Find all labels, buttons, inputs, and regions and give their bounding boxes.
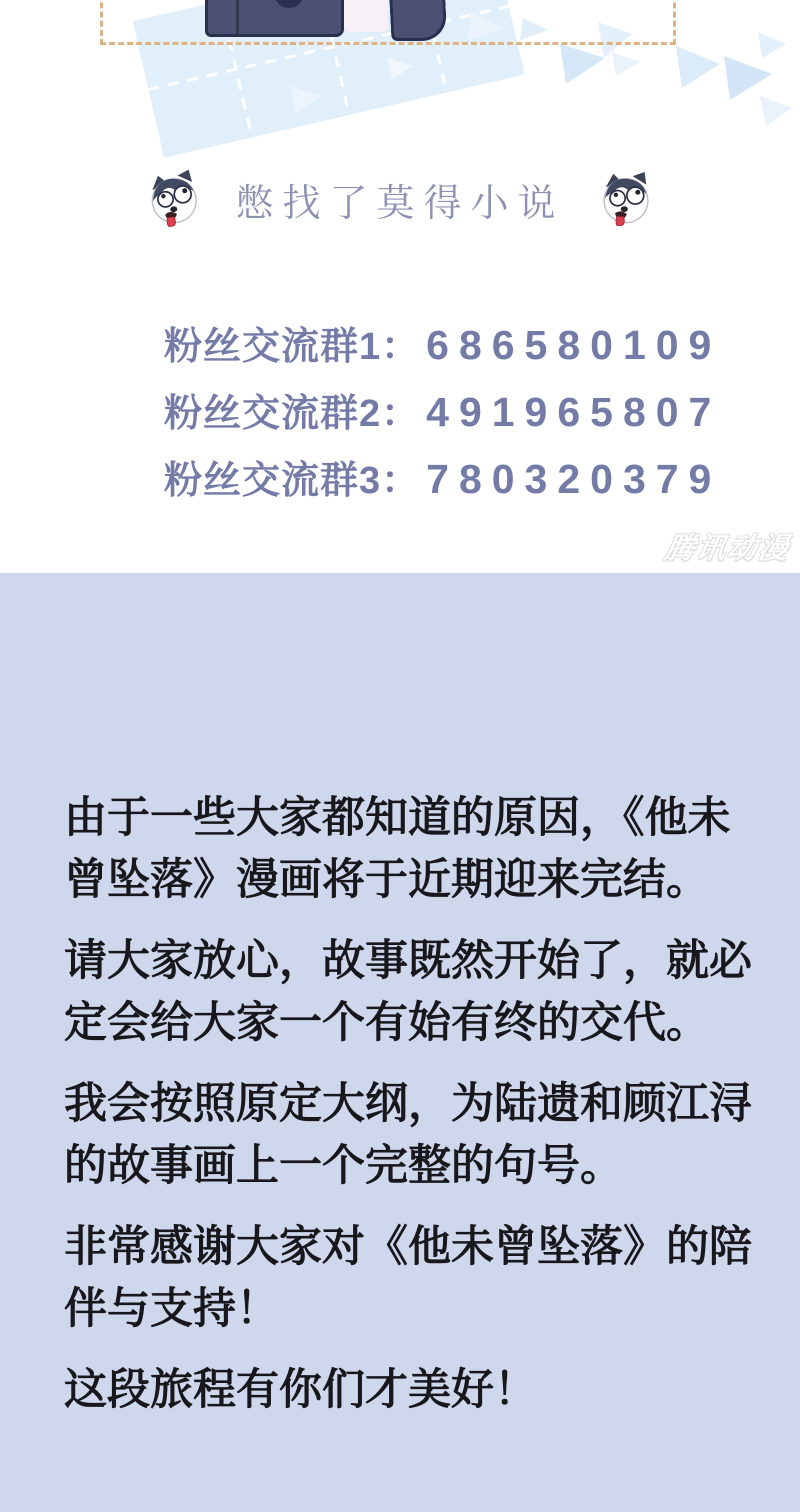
husky-tongue-emoji-icon (599, 172, 653, 226)
fan-group-number: 780320379 (426, 456, 721, 502)
no-novel-doodle-row: 憋找了莫得小说 (0, 168, 800, 230)
fan-group-list: 粉丝交流群1：686580109 粉丝交流群2：491965807 粉丝交流群3… (164, 322, 721, 523)
announcement-line: 我会按照原定大纲，为陆遗和顾江浔 (64, 1073, 770, 1135)
announcement-paragraph: 我会按照原定大纲，为陆遗和顾江浔 的故事画上一个完整的句号。 (64, 1073, 770, 1197)
fan-group-number: 491965807 (426, 389, 721, 435)
comic-illustration (0, 0, 800, 175)
announcement-line: 定会给大家一个有始有终的交代。 (64, 992, 770, 1054)
fan-group-row: 粉丝交流群2：491965807 (164, 389, 721, 436)
character-jacket-left (205, 0, 344, 37)
announcement-paragraph: 这段旅程有你们才美好！ (64, 1359, 770, 1421)
fan-group-number: 686580109 (426, 322, 721, 368)
fan-group-row: 粉丝交流群3：780320379 (164, 456, 721, 503)
doodle-text: 憋找了莫得小说 (235, 172, 564, 227)
announcement-line: 伴与支持！ (64, 1278, 770, 1340)
character-shirt (344, 0, 388, 32)
character-jacket-seam (236, 0, 239, 34)
announcement-paragraph: 请大家放心，故事既然开始了，就必 定会给大家一个有始有终的交代。 (64, 930, 770, 1054)
announcement-line: 非常感谢大家对《他未曾坠落》的陪 (64, 1216, 770, 1278)
announcement-paragraph: 非常感谢大家对《他未曾坠落》的陪 伴与支持！ (64, 1216, 770, 1340)
announcement-line: 请大家放心，故事既然开始了，就必 (64, 930, 770, 992)
announcement-line: 由于一些大家都知道的原因，《他未 (64, 787, 770, 849)
tencent-comics-watermark: 腾讯动漫 (662, 526, 793, 567)
comic-end-page: 憋找了莫得小说 粉丝交流群1：686580109 粉丝交流群2：49196580… (0, 0, 800, 1512)
announcement-line: 这段旅程有你们才美好！ (64, 1359, 770, 1421)
announcement-paragraph: 由于一些大家都知道的原因，《他未 曾坠落》漫画将于近期迎来完结。 (64, 787, 770, 911)
announcement-line: 的故事画上一个完整的句号。 (64, 1135, 770, 1197)
fan-group-label: 粉丝交流群2： (164, 393, 420, 435)
husky-tongue-emoji-icon (144, 169, 205, 230)
fan-group-label: 粉丝交流群1： (164, 326, 420, 368)
fan-group-row: 粉丝交流群1：686580109 (164, 322, 721, 369)
fan-group-label: 粉丝交流群3： (164, 460, 420, 502)
panel-dashed-border (100, 0, 676, 45)
finale-announcement-panel: 由于一些大家都知道的原因，《他未 曾坠落》漫画将于近期迎来完结。 请大家放心，故… (0, 573, 800, 1512)
announcement-line: 曾坠落》漫画将于近期迎来完结。 (64, 849, 770, 911)
